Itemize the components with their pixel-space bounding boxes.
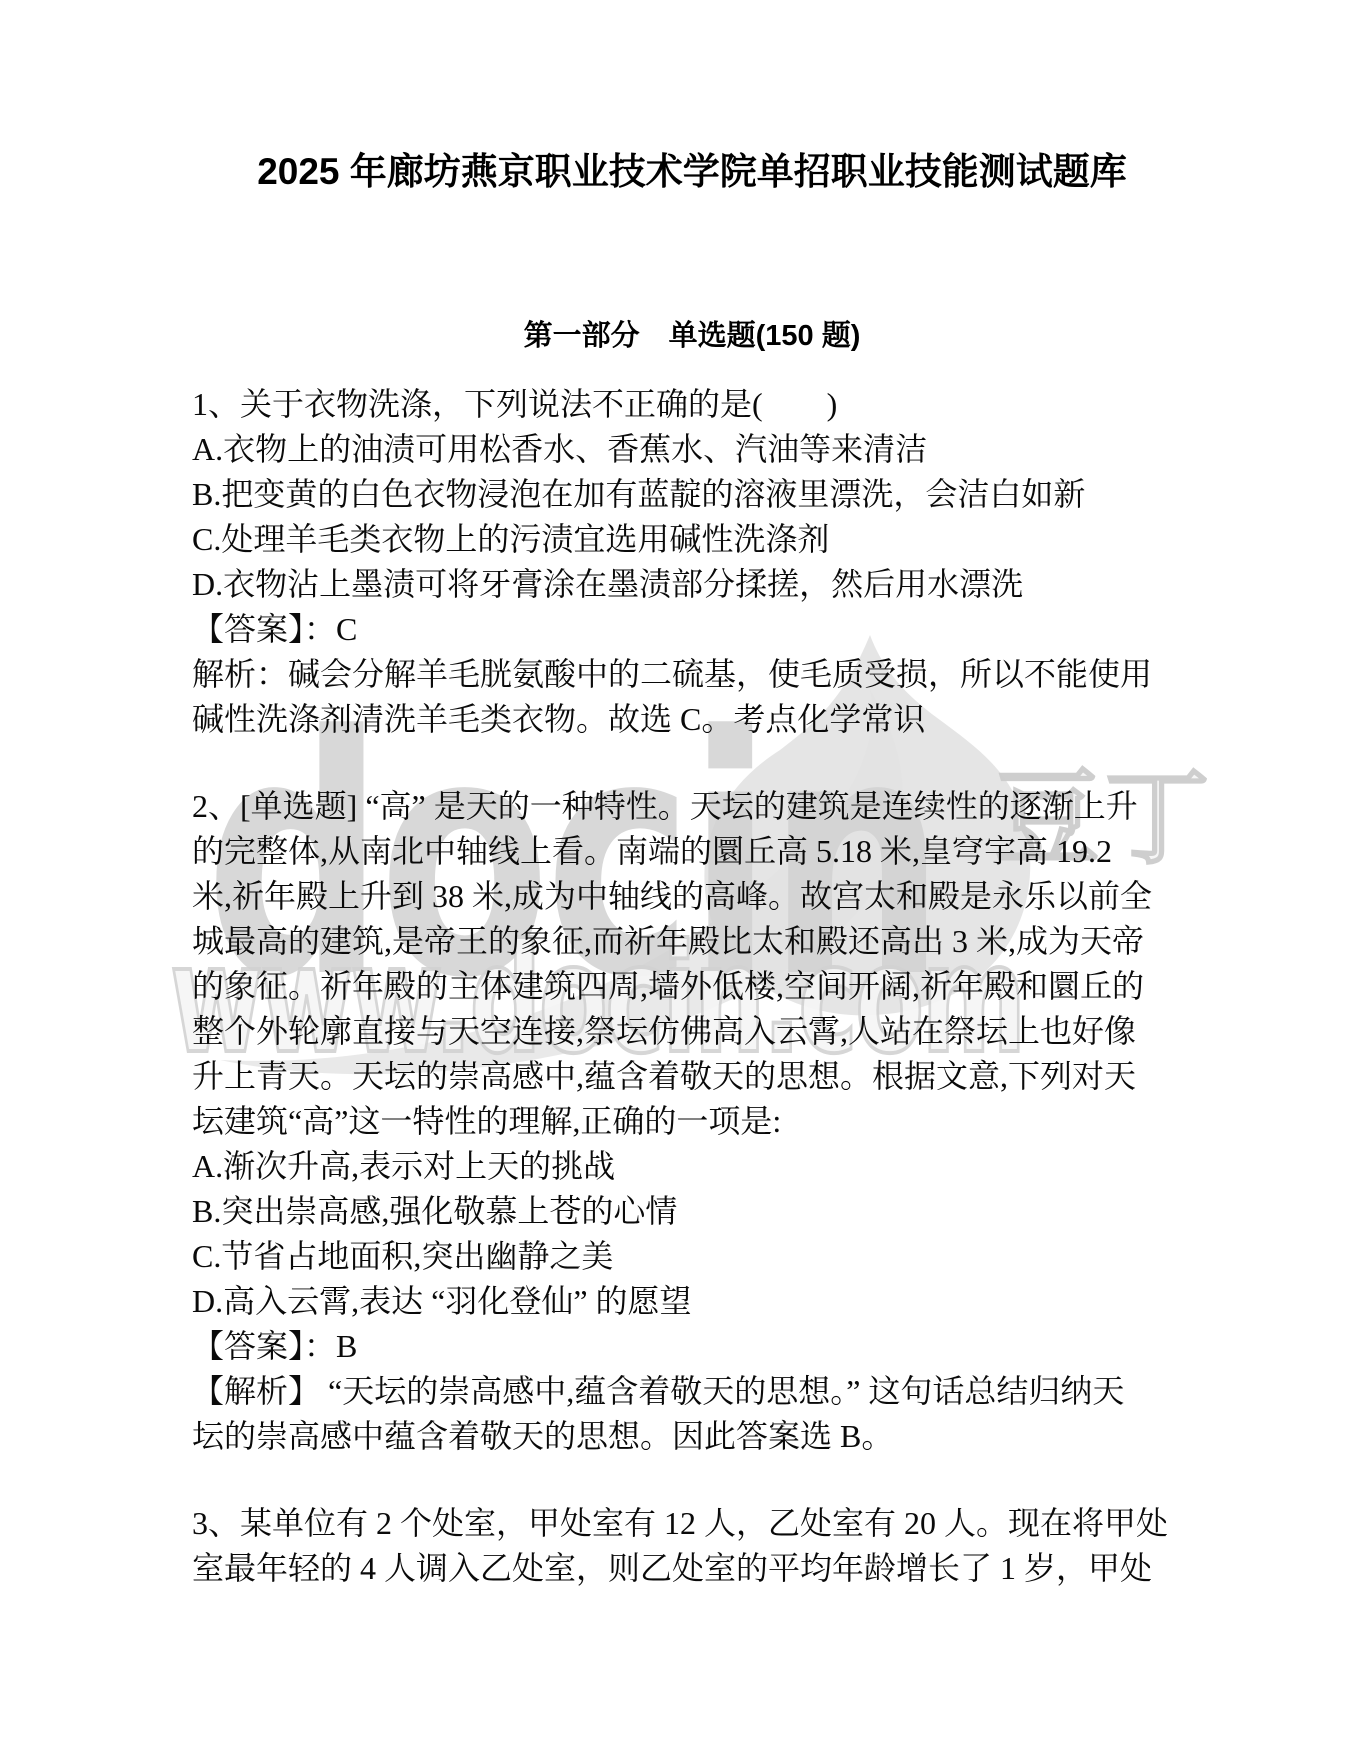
question-2-option-d: D.高入云霄,表达 “羽化登仙” 的愿望 [192, 1279, 1192, 1324]
question-1-block: 1、关于衣物洗涤，下列说法不正确的是( ) A.衣物上的油渍可用松香水、香蕉水、… [192, 382, 1192, 742]
question-2-stem-line-6: 整个外轮廓直接与天空连接,祭坛仿佛高入云霄,人站在祭坛上也好像 [192, 1009, 1192, 1054]
question-2-analysis-line-1: 【解析】 “天坛的崇高感中,蕴含着敬天的思想。” 这句话总结归纳天 [192, 1369, 1192, 1414]
question-2-block: 2、[单选题] “高” 是天的一种特性。天坛的建筑是连续性的逐渐上升 的完整体,… [192, 784, 1192, 1459]
question-2-option-b: B.突出崇高感,强化敬慕上苍的心情 [192, 1189, 1192, 1234]
question-2-option-c: C.节省占地面积,突出幽静之美 [192, 1234, 1192, 1279]
question-2-stem-line-5: 的象征。祈年殿的主体建筑四周,墙外低楼,空间开阔,祈年殿和圜丘的 [192, 964, 1192, 1009]
question-2-stem-line-4: 城最高的建筑,是帝王的象征,而祈年殿比太和殿还高出 3 米,成为天帝 [192, 919, 1192, 964]
question-2-stem-line-3: 米,祈年殿上升到 38 米,成为中轴线的高峰。故宫太和殿是永乐以前全 [192, 874, 1192, 919]
question-3-block: 3、某单位有 2 个处室，甲处室有 12 人，乙处室有 20 人。现在将甲处 室… [192, 1501, 1192, 1591]
question-3-stem-line-2: 室最年轻的 4 人调入乙处室，则乙处室的平均年龄增长了 1 岁，甲处 [192, 1546, 1192, 1591]
question-1-option-d: D.衣物沾上墨渍可将牙膏涂在墨渍部分揉搓，然后用水漂洗 [192, 562, 1192, 607]
question-2-answer: 【答案】：B [192, 1324, 1192, 1369]
page-title: 2025 年廊坊燕京职业技术学院单招职业技能测试题库 [192, 146, 1192, 198]
question-1-stem: 1、关于衣物洗涤，下列说法不正确的是( ) [192, 382, 1192, 427]
question-1-option-c: C.处理羊毛类衣物上的污渍宜选用碱性洗涤剂 [192, 517, 1192, 562]
question-2-stem-line-1: 2、[单选题] “高” 是天的一种特性。天坛的建筑是连续性的逐渐上升 [192, 784, 1192, 829]
question-1-analysis-line-1: 解析：碱会分解羊毛胱氨酸中的二硫基，使毛质受损，所以不能使用 [192, 652, 1192, 697]
document-page: docin 豆丁 www.docin.com 2025 年廊坊燕京职业技术学院单… [0, 0, 1360, 1760]
question-2-stem-line-8: 坛建筑“高”这一特性的理解,正确的一项是: [192, 1099, 1192, 1144]
question-2-analysis-line-2: 坛的崇高感中蕴含着敬天的思想。因此答案选 B。 [192, 1414, 1192, 1459]
question-2-stem-line-2: 的完整体,从南北中轴线上看。南端的圜丘高 5.18 米,皇穹宇高 19.2 [192, 829, 1192, 874]
question-1-answer: 【答案】：C [192, 607, 1192, 652]
question-1-option-b: B.把变黄的白色衣物浸泡在加有蓝靛的溶液里漂洗，会洁白如新 [192, 472, 1192, 517]
question-3-stem-line-1: 3、某单位有 2 个处室，甲处室有 12 人，乙处室有 20 人。现在将甲处 [192, 1501, 1192, 1546]
question-1-analysis-line-2: 碱性洗涤剂清洗羊毛类衣物。故选 C。考点化学常识 [192, 697, 1192, 742]
question-2-option-a: A.渐次升高,表示对上天的挑战 [192, 1144, 1192, 1189]
document-content: 2025 年廊坊燕京职业技术学院单招职业技能测试题库 第一部分 单选题(150 … [192, 146, 1192, 1591]
question-2-stem-line-7: 升上青天。天坛的崇高感中,蕴含着敬天的思想。根据文意,下列对天 [192, 1054, 1192, 1099]
section-heading: 第一部分 单选题(150 题) [192, 316, 1192, 356]
question-1-option-a: A.衣物上的油渍可用松香水、香蕉水、汽油等来清洁 [192, 427, 1192, 472]
